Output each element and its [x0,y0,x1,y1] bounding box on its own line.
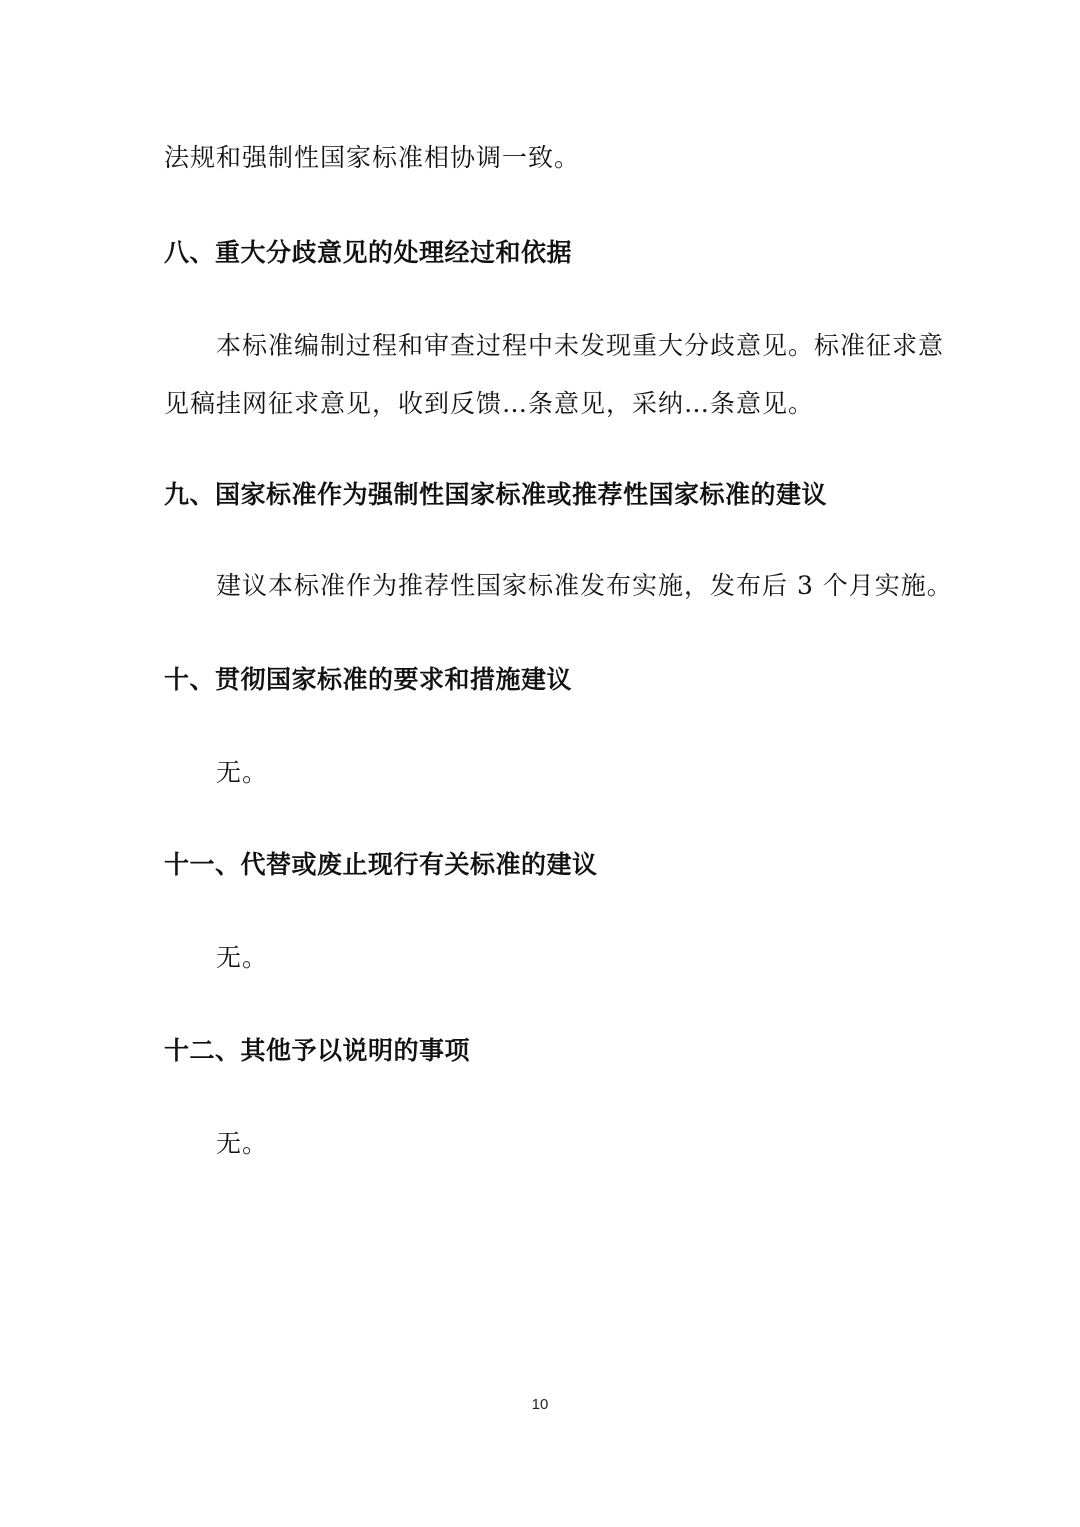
continuation-paragraph: 法规和强制性国家标准相协调一致。 [164,140,580,176]
section-heading-10: 十、贯彻国家标准的要求和措施建议 [164,662,572,698]
page-number: 10 [0,1396,1080,1413]
section-12-paragraph: 无。 [216,1126,268,1162]
section-heading-11: 十一、代替或废止现行有关标准的建议 [164,847,598,883]
section-heading-12: 十二、其他予以说明的事项 [164,1033,470,1069]
section-9-paragraph: 建议本标准作为推荐性国家标准发布实施，发布后 3 个月实施。 [216,568,953,604]
section-heading-8: 八、重大分歧意见的处理经过和依据 [164,235,572,271]
section-11-paragraph: 无。 [216,940,268,976]
section-heading-9: 九、国家标准作为强制性国家标准或推荐性国家标准的建议 [164,477,827,513]
section-8-paragraph-line-2: 见稿挂网征求意见，收到反馈…条意见，采纳…条意见。 [164,386,814,422]
section-10-paragraph: 无。 [216,755,268,791]
section-8-paragraph-line-1: 本标准编制过程和审查过程中未发现重大分歧意见。标准征求意 [216,328,944,364]
